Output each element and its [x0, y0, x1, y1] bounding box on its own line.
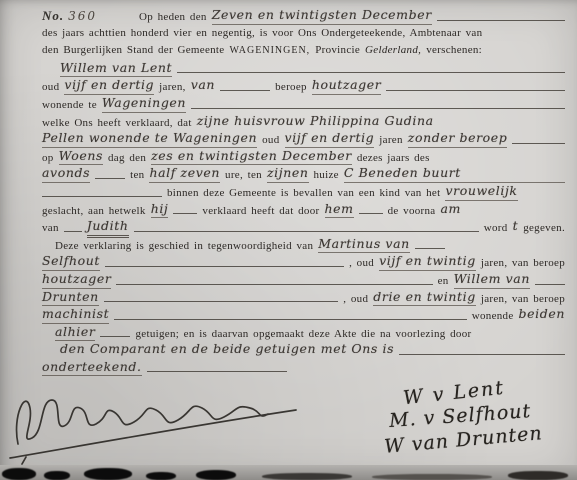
next-record-edge [0, 465, 577, 480]
blank-rule [116, 282, 432, 285]
blank-rule [512, 141, 565, 144]
province-name: Gelderland, [365, 42, 421, 60]
handwritten-entry: beiden [519, 305, 565, 323]
handwritten-entry: zijnen [267, 164, 309, 183]
form-line: Deze verklaring is geschied in tegenwoor… [0, 236, 577, 254]
printed-text: dag den [108, 150, 146, 168]
blank-rule [104, 299, 339, 302]
printed-text: beroep [275, 79, 307, 97]
form-line: den Burgerlijken Stand der Gemeente WAGE… [0, 42, 577, 60]
handwritten-child-name: Judith [87, 217, 129, 238]
blank-rule [191, 106, 565, 109]
blank-rule [147, 369, 287, 372]
blank-rule [134, 229, 479, 232]
blank-rule [399, 352, 565, 355]
handwritten-occupation: houtzager [42, 270, 111, 289]
handwritten-entry: Pellen wonende te Wageningen [42, 129, 257, 148]
handwritten-entry: t [513, 217, 519, 235]
handwritten-declarant-name: Willem van Lent [60, 59, 172, 78]
signature-block: W v Lent M. v Selfhout W van Drunten [0, 376, 577, 466]
ink-smudge [262, 473, 352, 480]
handwritten-entry: zonder beroep [408, 129, 508, 148]
blank-rule [114, 317, 466, 320]
handwritten-witness1-surname: Selfhout [42, 252, 100, 271]
handwritten-weekday: Woens [59, 147, 103, 166]
form-line: den Comparant en de beide getuigen met O… [0, 341, 577, 359]
printed-text: wonende te [42, 97, 97, 115]
printed-text: binnen deze Gemeente is bevallen van een… [167, 185, 440, 203]
blank-rule [100, 334, 130, 337]
ink-smudge [196, 470, 236, 480]
printed-text: word [484, 220, 508, 238]
blank-rule [95, 176, 125, 179]
printed-text: verschenen: [426, 42, 482, 60]
printed-text: ure, ten [225, 167, 262, 185]
blank-rule [177, 70, 565, 73]
handwritten-entry: am [441, 200, 462, 218]
form-line: welke Ons heeft verklaard, dat zijne hui… [0, 113, 577, 131]
form-line: Pellen wonende te Wageningen oud vijf en… [0, 130, 577, 148]
form-line: van Judith word t gegeven. [0, 218, 577, 236]
form-line: oud vijf en dertig jaren, van beroep hou… [0, 77, 577, 95]
printed-text: van [42, 220, 59, 238]
blank-rule [415, 246, 445, 249]
form-line: Selfhout , oud vijf en twintig jaren, va… [0, 253, 577, 271]
printed-text: jaren [379, 132, 402, 150]
handwritten-residence: Wageningen [102, 94, 186, 113]
printed-text: Provincie [315, 42, 360, 60]
ink-smudge [508, 471, 568, 480]
blank-rule [437, 18, 565, 21]
form-line: houtzager en Willem van [0, 271, 577, 289]
handwritten-entry: hij [151, 200, 169, 219]
blank-rule [64, 229, 82, 232]
handwritten-occupation: machinist [42, 305, 109, 324]
printed-text: den Burgerlijken Stand der Gemeente [42, 42, 224, 60]
blank-rule [535, 282, 565, 285]
form-line: binnen deze Gemeente is bevallen van een… [0, 183, 577, 201]
blank-rule [105, 264, 344, 267]
printed-text: , oud [343, 291, 368, 309]
blank-rule [42, 194, 162, 197]
handwritten-age: vijf en twintig [379, 252, 476, 271]
form-line: machinist wonende beiden [0, 306, 577, 324]
handwritten-date: Zeven en twintigsten December [212, 6, 432, 25]
official-signature-flourish [0, 380, 310, 466]
printed-text: , oud [349, 255, 374, 273]
ink-smudge [372, 474, 492, 480]
record-number-value: 360 [68, 9, 97, 23]
record-number: No.360 [42, 7, 134, 26]
birth-certificate-scan: No.360 Op heden den Zeven en twintigsten… [0, 0, 577, 480]
blank-rule [386, 88, 565, 91]
printed-text: huize [314, 167, 339, 185]
blank-rule [220, 88, 270, 91]
printed-text: ten [130, 167, 144, 185]
handwritten-age: vijf en dertig [285, 129, 375, 148]
printed-text: gegeven. [523, 220, 565, 238]
form-line: onderteekend. [0, 359, 577, 377]
municipality-name: WAGENINGEN, [229, 42, 310, 60]
handwritten-closing: den Comparant en de beide getuigen met O… [60, 340, 394, 358]
form-line: Drunten , oud drie en twintig jaren, van… [0, 289, 577, 307]
handwritten-witness1-name: Martinus van [318, 235, 410, 254]
form-line: op Woens dag den zes en twintigsten Dece… [0, 148, 577, 166]
blank-rule [359, 211, 383, 214]
form-line: geslacht, aan hetwelk hij verklaard heef… [0, 201, 577, 219]
handwritten-closing: onderteekend. [42, 358, 142, 377]
printed-text: des jaars achttien honderd vier en negen… [42, 25, 482, 43]
form-line: avonds ten half zeven ure, ten zijnen hu… [0, 165, 577, 183]
handwritten-witness2-surname: Drunten [42, 288, 99, 307]
printed-text: de voorna [388, 203, 436, 221]
handwritten-birthdate: zes en twintigsten December [151, 147, 352, 166]
printed-text: verklaard heeft dat door [202, 203, 319, 221]
handwritten-witness2-name: Willem van [454, 270, 530, 289]
ink-smudge [84, 468, 132, 480]
handwritten-time: half zeven [149, 164, 220, 183]
handwritten-mother-name: zijne huisvrouw Philippina Gudina [197, 112, 434, 130]
ink-smudge [44, 471, 70, 480]
form-line: alhier getuigen; en is daarvan opgemaakt… [0, 324, 577, 342]
form-line: Willem van Lent [0, 60, 577, 78]
handwritten-age: vijf en dertig [64, 76, 154, 95]
form-line: des jaars achttien honderd vier en negen… [0, 25, 577, 43]
printed-text: oud [42, 79, 59, 97]
handwritten-entry: avonds [42, 164, 90, 183]
handwritten-entry: alhier [55, 323, 95, 342]
ink-smudge [146, 472, 176, 480]
ink-smudge [2, 468, 36, 480]
blank-rule [173, 211, 197, 214]
form-line: wonende te Wageningen [0, 95, 577, 113]
handwritten-age: drie en twintig [373, 288, 476, 307]
handwritten-entry: hem [325, 200, 354, 219]
handwritten-gender: vrouwelijk [445, 182, 517, 201]
handwritten-address: C Beneden buurt [344, 164, 565, 183]
handwritten-occupation: houtzager [312, 76, 381, 95]
record-number-label: No. [42, 8, 64, 23]
form-line: No.360 Op heden den Zeven en twintigsten… [0, 7, 577, 25]
printed-text: wonende [472, 308, 514, 326]
handwritten-entry: van [191, 76, 215, 94]
document-body: No.360 Op heden den Zeven en twintigsten… [0, 7, 577, 376]
